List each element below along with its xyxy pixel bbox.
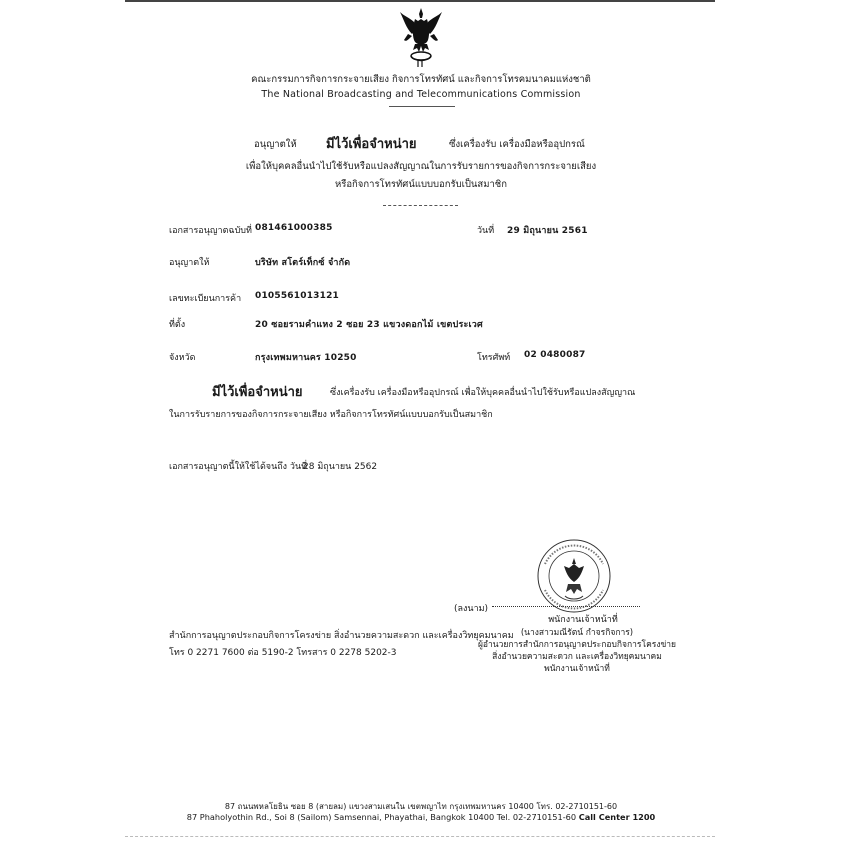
garuda-emblem-icon — [398, 6, 444, 68]
province-label: จังหวัด — [169, 350, 196, 364]
office-contact: โทร 0 2271 7600 ต่อ 5190-2 โทรสาร 0 2278… — [169, 645, 397, 659]
licensee-value: บริษัท สโตร์เท็กซ์ จำกัด — [255, 255, 350, 269]
province-value: กรุงเทพมหานคร 10250 — [255, 350, 357, 364]
sign-label: (ลงนาม) — [454, 601, 488, 615]
org-name-english: The National Broadcasting and Telecommun… — [0, 89, 842, 100]
reg-no-value: 0105561013121 — [255, 291, 339, 301]
footer-address-en-text: 87 Phaholyothin Rd., Soi 8 (Sailom) Sams… — [187, 812, 576, 822]
phone-value: 02 0480087 — [524, 350, 586, 360]
top-border-line — [125, 0, 715, 2]
signatory-position-3: พนักงานเจ้าหน้าที่ — [472, 661, 682, 675]
org-name-thai: คณะกรรมการกิจการกระจายเสียง กิจการโทรทัศ… — [0, 72, 842, 87]
permit-line-2: เพื่อให้บุคคลอื่นนำไปใช้รับหรือแปลงสัญญา… — [0, 159, 842, 174]
bottom-border-line — [125, 836, 715, 837]
address-label: ที่ตั้ง — [169, 317, 185, 331]
title-divider — [383, 205, 458, 206]
signature-line — [492, 606, 640, 607]
signatory-title: พนักงานเจ้าหน้าที่ — [523, 612, 643, 626]
purpose-line-2: ในการรับรายการของกิจการกระจายเสียง หรือก… — [169, 407, 493, 421]
permit-type: มีไว้เพื่อจำหน่าย — [326, 133, 417, 154]
reg-no-label: เลขทะเบียนการค้า — [169, 291, 241, 305]
call-center: Call Center 1200 — [579, 812, 656, 822]
permit-suffix: ซึ่งเครื่องรับ เครื่องมือหรืออุปกรณ์ — [449, 137, 585, 152]
licensee-label: อนุญาตให้ — [169, 255, 209, 269]
permit-line-3: หรือกิจการโทรทัศน์แบบบอกรับเป็นสมาชิก — [0, 177, 842, 192]
office-name: สำนักการอนุญาตประกอบกิจการโครงข่าย สิ่งอ… — [169, 628, 514, 642]
doc-no-value: 081461000385 — [255, 223, 333, 233]
validity-text: เอกสารอนุญาตนี้ให้ใช้ได้จนถึง วันที่ — [169, 459, 307, 473]
validity-date: 28 มิถุนายน 2562 — [303, 459, 377, 473]
purpose-line-1: ซึ่งเครื่องรับ เครื่องมือหรืออุปกรณ์ เพื… — [330, 385, 635, 399]
permit-prefix: อนุญาตให้ — [254, 137, 297, 152]
date-label: วันที่ — [477, 223, 494, 237]
footer-address-english: 87 Phaholyothin Rd., Soi 8 (Sailom) Sams… — [0, 812, 842, 822]
official-seal-icon — [535, 538, 613, 614]
address-value: 20 ซอยรามคำแหง 2 ซอย 23 แขวงดอกไม้ เขตปร… — [255, 317, 483, 331]
purpose-bold: มีไว้เพื่อจำหน่าย — [212, 381, 303, 402]
phone-label: โทรศัพท์ — [477, 350, 510, 364]
doc-no-label: เอกสารอนุญาตฉบับที่ — [169, 223, 252, 237]
header-divider — [389, 106, 455, 107]
date-value: 29 มิถุนายน 2561 — [507, 223, 588, 237]
